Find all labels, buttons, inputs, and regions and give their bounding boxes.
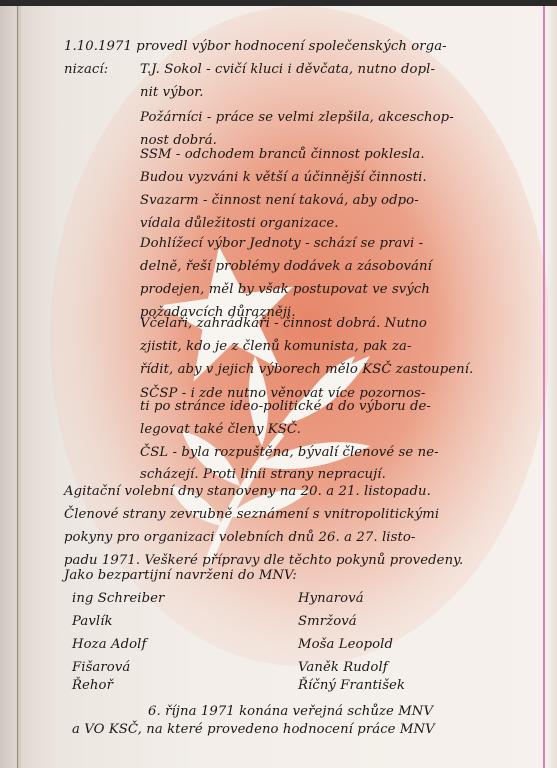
candidate-name: Vaněk Rudolf	[298, 660, 388, 676]
text-line: řídit, aby v jejich výborech mělo KSČ za…	[140, 362, 473, 378]
text-line: 1.10.1971 provedl výbor hodnocení společ…	[64, 39, 447, 55]
text-line: ČSL - byla rozpuštěna, bývalí členové se…	[140, 445, 439, 461]
text-line: Jako bezpartijní navrženi do MNV:	[64, 568, 297, 584]
text-line: SSM - odchodem branců činnost poklesla.	[140, 147, 425, 163]
text-line: ti po stránce ideo-politické a do výboru…	[140, 399, 431, 415]
text-line: nit výbor.	[140, 85, 204, 101]
candidate-name: Fišarová	[72, 660, 130, 676]
candidate-name: Řehoř	[72, 678, 113, 694]
handwritten-text: 1.10.1971 provedl výbor hodnocení společ…	[0, 6, 557, 768]
text-line: a VO KSČ, na které provedeno hodnocení p…	[72, 722, 435, 738]
candidate-name: Říčný František	[298, 678, 405, 694]
candidate-name: Hoza Adolf	[72, 637, 146, 653]
text-line: padu 1971. Veškeré přípravy dle těchto p…	[64, 553, 463, 569]
text-line: Včelaři, zahrádkáři - činnost dobrá. Nut…	[140, 316, 427, 332]
candidate-name: Hynarová	[298, 591, 364, 607]
text-line: vídala důležitosti organizace.	[140, 216, 339, 232]
candidate-name: ing Schreiber	[72, 591, 164, 607]
candidate-name: Pavlík	[72, 614, 113, 630]
text-line: prodejen, měl by však postupovat ve svýc…	[140, 282, 430, 298]
candidate-name: Moša Leopold	[298, 637, 393, 653]
text-line: 6. října 1971 konána veřejná schůze MNV	[148, 704, 433, 720]
text-line: Dohlížecí výbor Jednoty - schází se prav…	[140, 236, 423, 252]
text-line: Agitační volební dny stanoveny na 20. a …	[64, 484, 431, 500]
text-line: Členové strany zevrubně seznámení s vnit…	[64, 507, 439, 523]
text-line: Požárníci - práce se velmi zlepšila, akc…	[140, 110, 454, 126]
text-line: scházejí. Proti linii strany nepracují.	[140, 467, 386, 483]
candidate-name: Smržová	[298, 614, 357, 630]
text-line: pokyny pro organizaci volebních dnů 26. …	[64, 530, 415, 546]
text-line: Budou vyzváni k větší a účinnější činnos…	[140, 170, 427, 186]
text-line: zjistit, kdo je z členů komunista, pak z…	[140, 339, 412, 355]
text-line: nizací:	[64, 62, 108, 78]
notebook-page: 1.10.1971 provedl výbor hodnocení společ…	[0, 6, 557, 768]
text-line: legovat také členy KSČ.	[140, 422, 301, 438]
text-line: T.J. Sokol - cvičí kluci i děvčata, nutn…	[140, 62, 435, 78]
text-line: Svazarm - činnost není taková, aby odpo-	[140, 193, 419, 209]
text-line: delně, řeší problémy dodávek a zásobován…	[140, 259, 432, 275]
